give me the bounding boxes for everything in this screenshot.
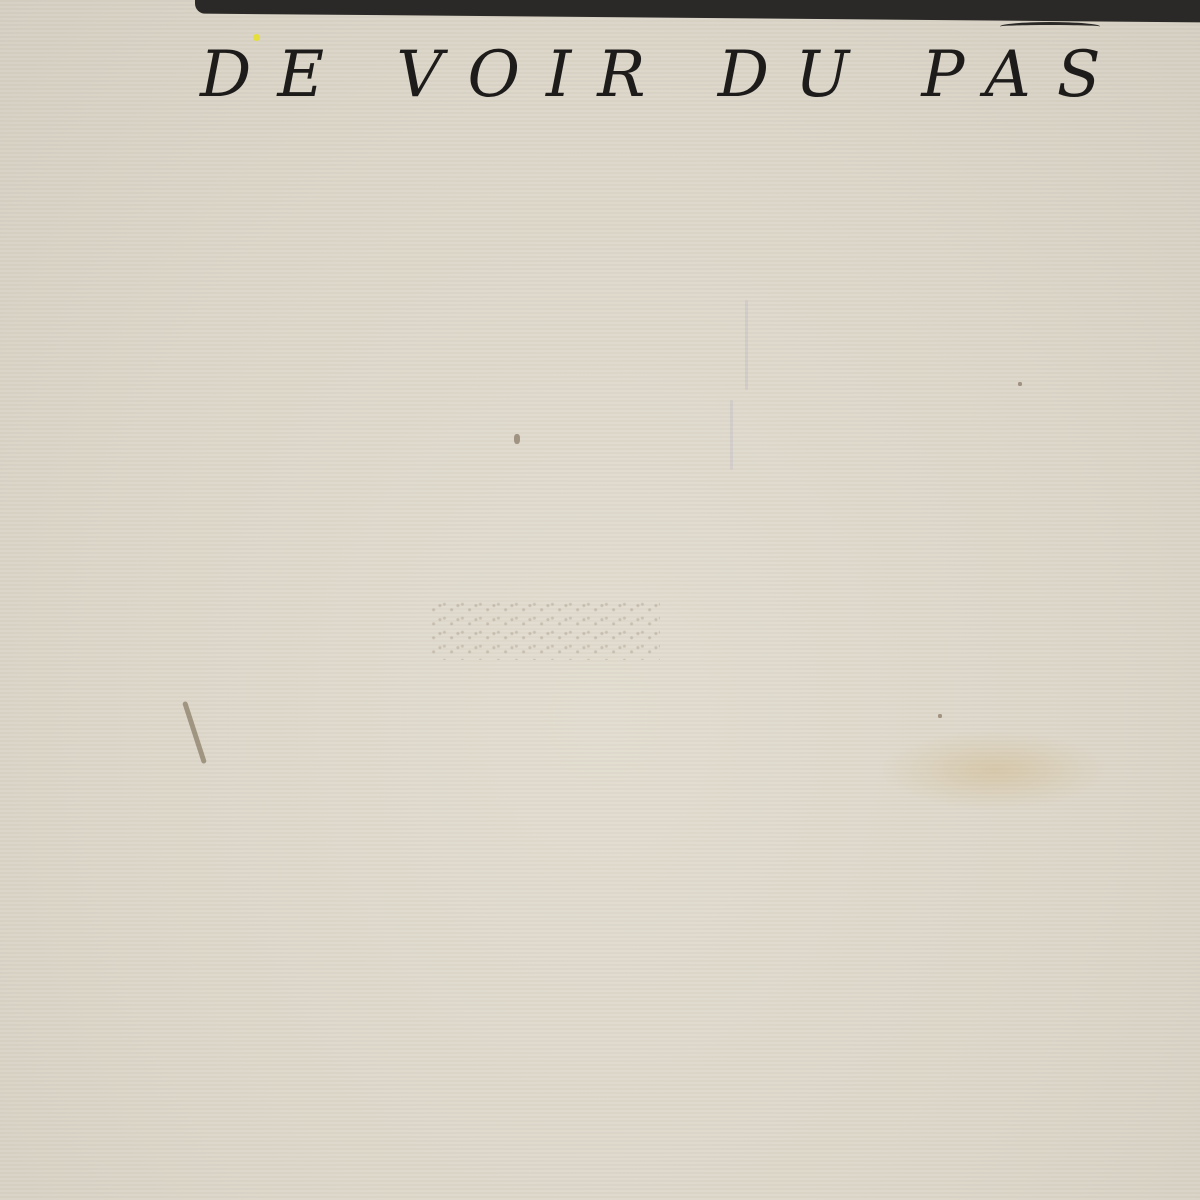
speck [938,714,942,718]
printed-text: DE VOIR DU PAS [200,38,1127,112]
tilde-mark [1000,22,1100,31]
speck [1018,382,1022,386]
speck [514,434,520,444]
faint-mark [730,400,733,470]
yellow-stain [880,730,1110,810]
faint-mark [745,300,748,390]
speck-cluster [430,600,660,660]
